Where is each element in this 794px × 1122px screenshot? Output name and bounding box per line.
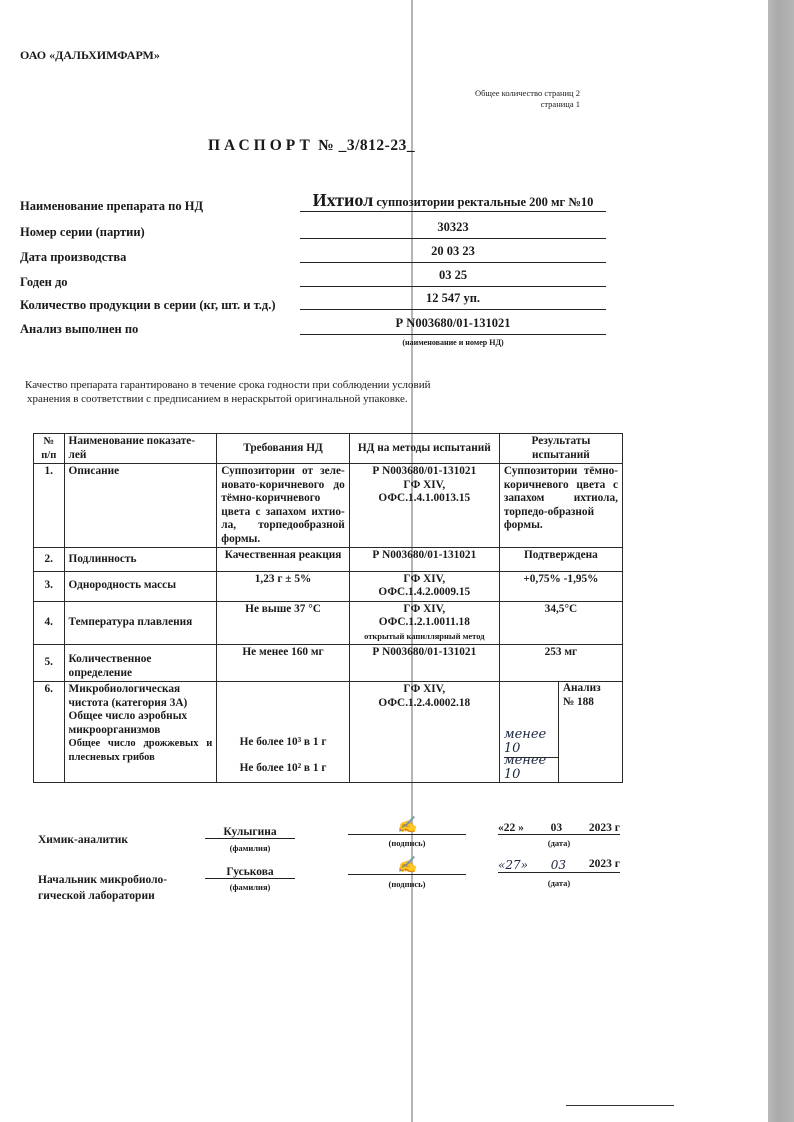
row-name: Подлинность — [64, 548, 217, 572]
title-prefix: ПАСПОРТ — [208, 137, 314, 154]
document-title: ПАСПОРТ № _3/812-23_ — [208, 137, 415, 155]
row-num: 6. — [34, 682, 65, 783]
row-nd: Р N003680/01-131021 — [349, 548, 499, 572]
row-requirement: Не менее 160 мг — [217, 645, 350, 682]
row-num: 3. — [34, 571, 65, 601]
row-name: Температура плавления — [64, 601, 217, 645]
field-value-production-date: 20 03 23 — [300, 243, 606, 263]
handwritten-results: менее 10 менее 10 — [500, 682, 559, 782]
analysis-ref: Анализ № 188 — [559, 682, 622, 782]
table-row: 1. Описание Суппозитории от зеле-новато-… — [34, 464, 623, 548]
date-caption: (дата) — [498, 878, 620, 888]
header-nd-methods: НД на методы испытаний — [349, 434, 499, 464]
row-nd-text: ГФ XIV, ОФС.1.2.1.0011.18 — [354, 603, 495, 630]
date-chemist: «22 » 03 2023 г — [498, 822, 620, 835]
table-row: 4. Температура плавления Не выше 37 °С Г… — [34, 601, 623, 645]
row-nd-note: открытый капиллярный метод — [354, 630, 495, 644]
row-result: Суппозитории тёмно-коричневого цвета с з… — [499, 464, 622, 548]
row-requirement: Не выше 37 °С — [217, 601, 350, 645]
footer-line — [566, 1105, 674, 1106]
field-value-analysis-by: Р N003680/01-131021 — [300, 315, 606, 335]
field-label-product-name: Наименование препарата по НД — [20, 199, 203, 214]
date-caption: (дата) — [498, 838, 620, 848]
row-nd: Р N003680/01-131021 ГФ XIV, ОФС.1.4.1.00… — [349, 464, 499, 548]
micro-fungi-label: Общее число дрожжевых и плесневых грибов — [69, 737, 213, 764]
row-nd: ГФ XIV, ОФС.1.2.1.0011.18 открытый капил… — [349, 601, 499, 645]
results-table: № п/п Наименование показате-лей Требован… — [33, 433, 623, 783]
nd-caption: (наименование и номер НД) — [300, 338, 606, 347]
signer-role-chemist: Химик-аналитик — [38, 834, 128, 846]
product-name-rest: суппозитории ректальные 200 мг №10 — [373, 195, 593, 209]
signature-caption: (подпись) — [348, 879, 466, 889]
signer-role-microbiology-head: Начальник микробиоло-гической лаборатори… — [38, 872, 188, 904]
row-num: 4. — [34, 601, 65, 645]
signature-microbiology-head: ✍ — [348, 858, 466, 875]
pages-total: Общее количество страниц 2 — [470, 88, 580, 99]
row-nd: Р N003680/01-131021 — [349, 645, 499, 682]
analysis-number: № 188 — [563, 696, 622, 710]
date-day: «27» — [498, 858, 528, 872]
header-num: № п/п — [34, 434, 65, 464]
surname-caption: (фамилия) — [205, 843, 295, 853]
guarantee-line-1: Качество препарата гарантировано в течен… — [25, 378, 485, 392]
page-info: Общее количество страниц 2 страница 1 — [470, 88, 580, 110]
row-requirement: Суппозитории от зеле-новато-коричневого … — [217, 464, 350, 548]
header-requirements: Требования НД — [217, 434, 350, 464]
table-header-row: № п/п Наименование показате-лей Требован… — [34, 434, 623, 464]
date-month: 03 — [551, 858, 566, 872]
req-aerobic: Не более 10³ в 1 г — [217, 736, 349, 750]
field-value-expiry-date: 03 25 — [300, 267, 606, 287]
row-result: +0,75% -1,95% — [499, 571, 622, 601]
row-result: менее 10 менее 10 Анализ № 188 — [499, 682, 622, 783]
date-month: 03 — [551, 822, 563, 834]
field-label-analysis-by: Анализ выполнен по — [20, 322, 138, 337]
table-row: 5. Количественное определение Не менее 1… — [34, 645, 623, 682]
row-requirement: 1,23 г ± 5% — [217, 571, 350, 601]
passport-number: _3/812-23_ — [339, 137, 415, 154]
field-value-quantity: 12 547 уп. — [300, 290, 606, 310]
header-name: Наименование показате-лей — [64, 434, 217, 464]
row-name: Количественное определение — [64, 645, 217, 682]
micro-title: Микробиологическая чистота (категория 3А… — [69, 683, 213, 710]
row-result: 34,5°С — [499, 601, 622, 645]
analysis-label: Анализ — [563, 682, 622, 696]
field-label-production-date: Дата производства — [20, 250, 126, 265]
title-number-sign: № — [318, 137, 334, 154]
surname-caption: (фамилия) — [205, 882, 295, 892]
table-row: 6. Микробиологическая чистота (категория… — [34, 682, 623, 783]
row-num: 2. — [34, 548, 65, 572]
page-number: страница 1 — [470, 99, 580, 110]
res-fungi: менее 10 — [504, 754, 558, 781]
micro-aerobic-label: Общее число аэробных микроорганизмов — [69, 710, 213, 737]
row-num: 5. — [34, 645, 65, 682]
row-name: Микробиологическая чистота (категория 3А… — [64, 682, 217, 783]
row-name: Однородность массы — [64, 571, 217, 601]
row-nd: ГФ XIV, ОФС.1.4.2.0009.15 — [349, 571, 499, 601]
field-label-expiry-date: Годен до — [20, 275, 68, 290]
table-row: 3. Однородность массы 1,23 г ± 5% ГФ XIV… — [34, 571, 623, 601]
header-results: Результаты испытаний — [499, 434, 622, 464]
field-label-batch-number: Номер серии (партии) — [20, 225, 145, 240]
signer-surname-microbiology-head: Гуськова — [205, 866, 295, 879]
signer-surname-chemist: Кулыгина — [205, 826, 295, 839]
signature-chemist: ✍ — [348, 818, 466, 835]
field-value-batch-number: 30323 — [300, 219, 606, 239]
field-label-quantity: Количество продукции в серии (кг, шт. и … — [20, 298, 276, 313]
row-requirement: Качественная реакция — [217, 548, 350, 572]
row-requirement: Не более 10³ в 1 г Не более 10² в 1 г — [217, 682, 350, 783]
date-year: 2023 г — [589, 858, 620, 872]
quality-guarantee-text: Качество препарата гарантировано в течен… — [25, 378, 485, 406]
table-row: 2. Подлинность Качественная реакция Р N0… — [34, 548, 623, 572]
field-value-product-name: Ихтиол суппозитории ректальные 200 мг №1… — [300, 189, 606, 212]
guarantee-line-2: хранения в соответствии с предписанием в… — [25, 392, 485, 406]
row-nd: ГФ XIV, ОФС.1.2.4.0002.18 — [349, 682, 499, 783]
req-fungi: Не более 10² в 1 г — [217, 762, 349, 776]
row-num: 1. — [34, 464, 65, 548]
scan-edge-strip — [768, 0, 794, 1122]
date-day: «22 » — [498, 822, 524, 834]
row-name: Описание — [64, 464, 217, 548]
row-result: Подтверждена — [499, 548, 622, 572]
row-result: 253 мг — [499, 645, 622, 682]
company-name: ОАО «ДАЛЬХИМФАРМ» — [20, 48, 160, 63]
date-year: 2023 г — [589, 822, 620, 834]
product-name-main: Ихтиол — [313, 190, 374, 210]
signature-caption: (подпись) — [348, 838, 466, 848]
date-microbiology-head: «27» 03 2023 г — [498, 858, 620, 873]
